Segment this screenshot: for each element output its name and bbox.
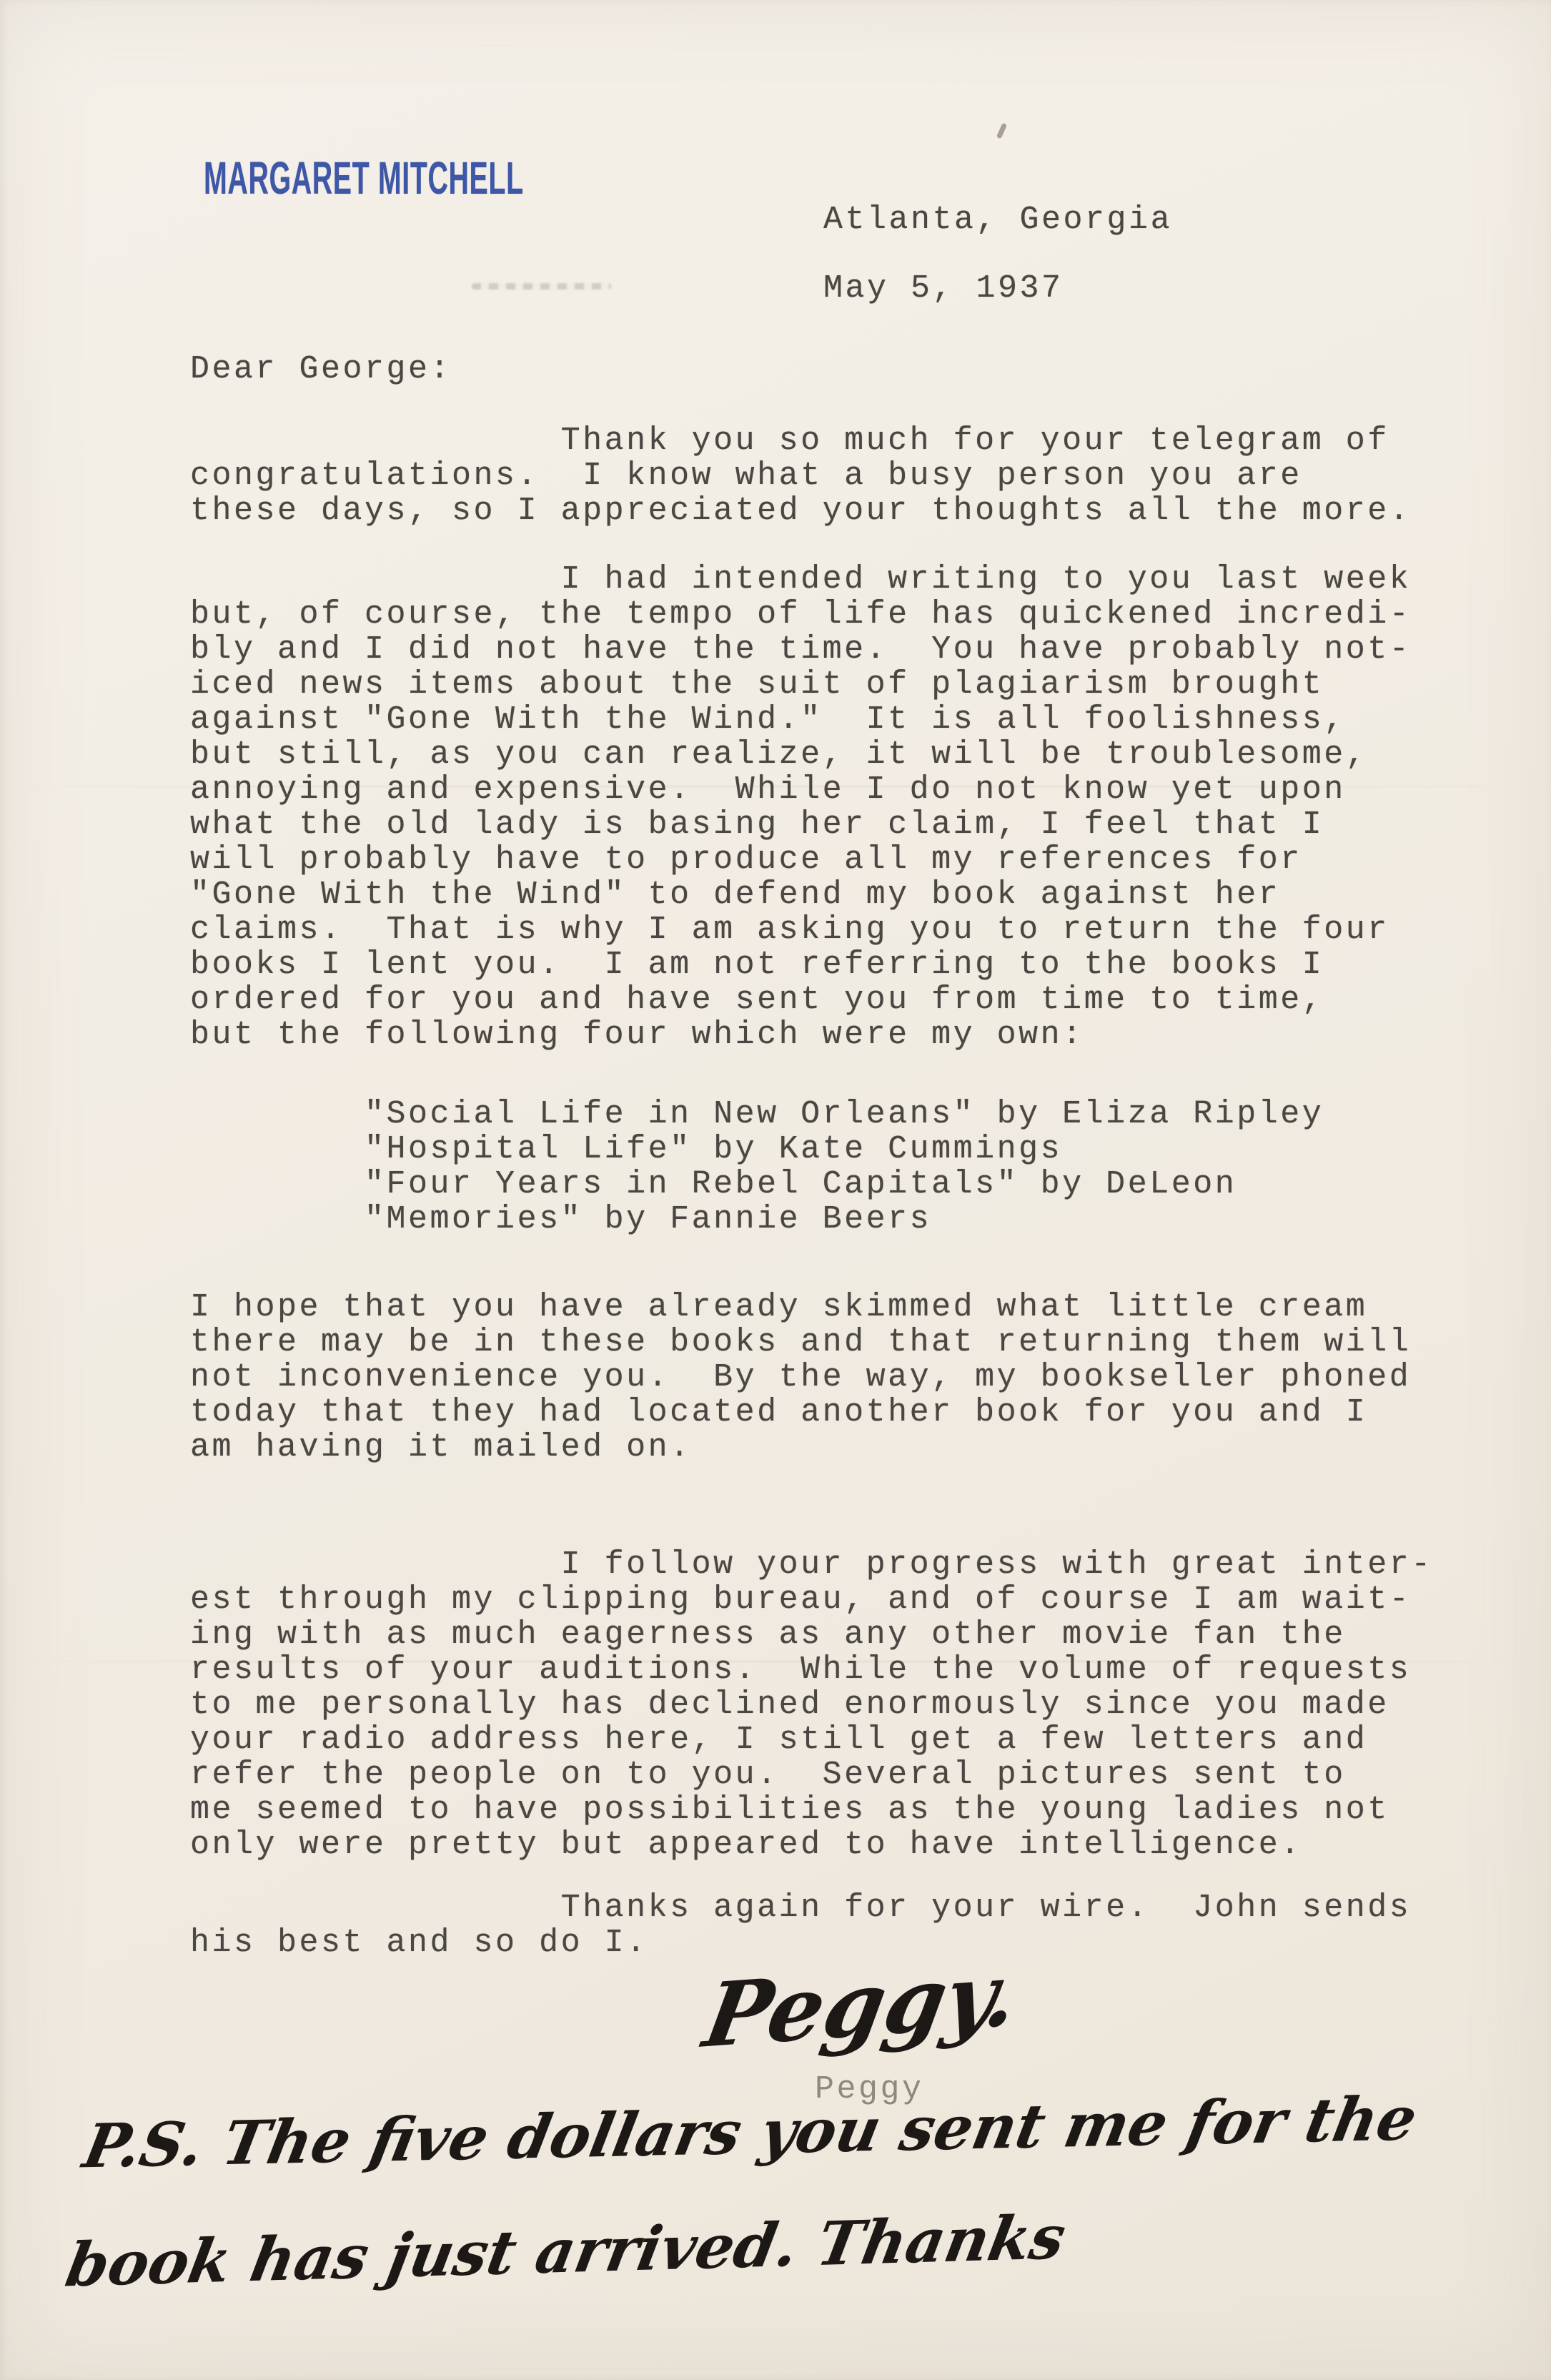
typed-line: I had intended writing to you last week	[190, 562, 1411, 597]
typed-line: there may be in these books and that ret…	[190, 1325, 1411, 1360]
typed-line: to me personally has declined enormously…	[190, 1687, 1433, 1722]
dateline-date: May 5, 1937	[823, 271, 1064, 306]
typed-line: his best and so do I.	[190, 1925, 1411, 1960]
dateline-city: Atlanta, Georgia	[823, 202, 1172, 237]
typed-line: but still, as you can realize, it will b…	[190, 737, 1411, 772]
typed-line: Thanks again for your wire. John sends	[190, 1890, 1411, 1925]
typed-line: refer the people on to you. Several pict…	[190, 1757, 1433, 1792]
typed-paragraph-returning-books: I hope that you have already skimmed wha…	[190, 1290, 1411, 1465]
salutation: Dear George:	[190, 352, 452, 387]
typed-line: results of your auditions. While the vol…	[190, 1652, 1433, 1687]
typed-line: Thank you so much for your telegram of	[190, 423, 1411, 458]
scanned-letter-page: { "letterhead": { "name": "MARGARET MITC…	[0, 0, 1551, 2380]
typed-line: "Four Years in Rebel Capitals" by DeLeon	[190, 1167, 1324, 1202]
typed-paragraph-thanks: Thank you so much for your telegram ofco…	[190, 423, 1411, 528]
typed-line: ordered for you and have sent you from t…	[190, 982, 1411, 1017]
typed-line: am having it mailed on.	[190, 1430, 1411, 1465]
typed-paragraph-plagiarism-suit: I had intended writing to you last weekb…	[190, 562, 1411, 1052]
typed-line: books I lent you. I am not referring to …	[190, 947, 1411, 982]
typed-line: bly and I did not have the time. You hav…	[190, 632, 1411, 667]
typed-line: "Hospital Life" by Kate Cummings	[190, 1132, 1324, 1167]
typed-line: "Social Life in New Orleans" by Eliza Ri…	[190, 1097, 1324, 1132]
typed-line: these days, so I appreciated your though…	[190, 493, 1411, 528]
typed-line: will probably have to produce all my ref…	[190, 842, 1411, 877]
letterhead-name: MARGARET MITCHELL	[204, 152, 524, 204]
typed-paragraph-auditions: I follow your progress with great inter-…	[190, 1547, 1433, 1862]
typed-line: ing with as much eagerness as any other …	[190, 1617, 1433, 1652]
typed-line: me seemed to have possibilities as the y…	[190, 1792, 1433, 1827]
typed-line: but, of course, the tempo of life has qu…	[190, 597, 1411, 632]
typed-line: today that they had located another book…	[190, 1395, 1411, 1430]
typed-line: congratulations. I know what a busy pers…	[190, 458, 1411, 493]
typed-line: "Gone With the Wind" to defend my book a…	[190, 877, 1411, 912]
typed-line: annoying and expensive. While I do not k…	[190, 772, 1411, 807]
typed-line: what the old lady is basing her claim, I…	[190, 807, 1411, 842]
typed-line: not inconvenience you. By the way, my bo…	[190, 1360, 1411, 1395]
typed-line: I follow your progress with great inter-	[190, 1547, 1433, 1582]
typed-line: against "Gone With the Wind." It is all …	[190, 702, 1411, 737]
typed-line: iced news items about the suit of plagia…	[190, 667, 1411, 702]
typed-line: your radio address here, I still get a f…	[190, 1722, 1433, 1757]
typed-line: "Memories" by Fannie Beers	[190, 1202, 1324, 1237]
typed-paragraph-closing: Thanks again for your wire. John sendshi…	[190, 1890, 1411, 1960]
typed-line: but the following four which were my own…	[190, 1017, 1411, 1052]
typed-line: I hope that you have already skimmed wha…	[190, 1290, 1411, 1325]
typed-line: claims. That is why I am asking you to r…	[190, 912, 1411, 947]
book-list: "Social Life in New Orleans" by Eliza Ri…	[190, 1097, 1324, 1237]
typed-line: only were pretty but appeared to have in…	[190, 1827, 1433, 1862]
typed-line: est through my clipping bureau, and of c…	[190, 1582, 1433, 1617]
erasure-smudge	[472, 283, 611, 290]
